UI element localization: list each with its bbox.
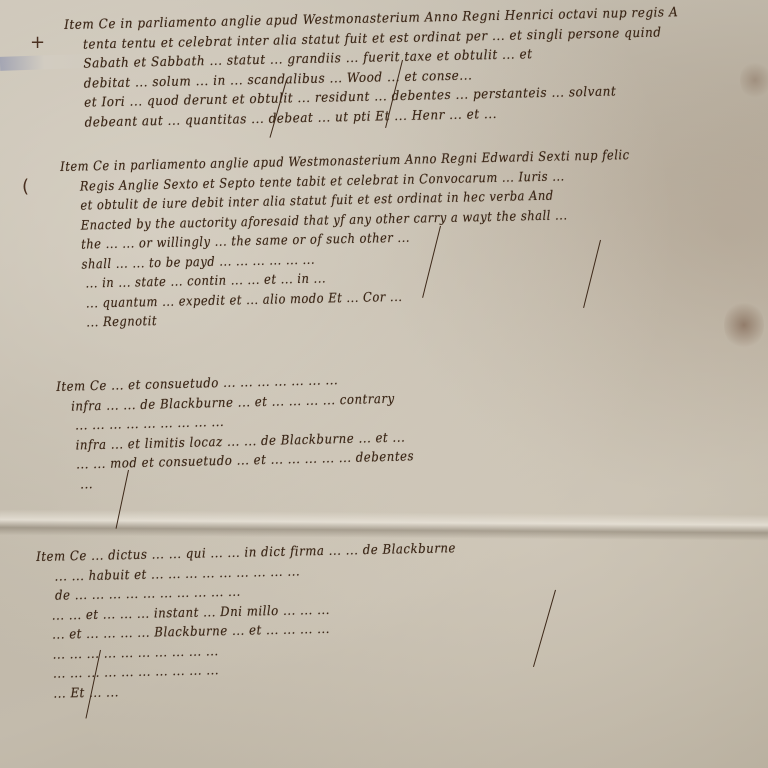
paragraph-2: Item Ce in parliamento anglie apud Westm… [60,146,633,333]
margin-cross-mark: + [30,32,45,53]
manuscript-page: + ( Item Ce in parliamento anglie apud W… [0,0,768,768]
paragraph-1: Item Ce in parliamento anglie apud Westm… [64,3,680,133]
descender-stroke [533,590,556,667]
paragraph-3: Item Ce ... et consuetudo ... ... ... ..… [56,369,415,495]
ink-stain [740,60,768,100]
ink-stain [724,300,764,350]
paragraph-4: Item Ce ... dictus ... ... qui ... ... i… [36,539,459,704]
margin-bracket-mark: ( [22,176,29,197]
